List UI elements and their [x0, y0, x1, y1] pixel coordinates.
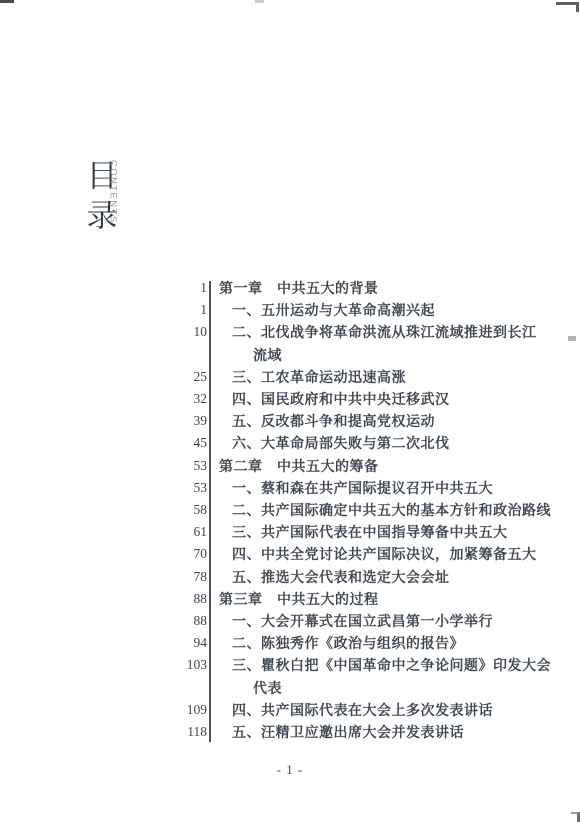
toc-entry-title: 二、北伐战争将革命洪流从珠江流域推进到长江流域 — [219, 321, 537, 365]
toc-entry-title: 三、工农革命运动迅速高涨 — [219, 366, 406, 388]
toc-entry-title: 二、陈独秀作《政治与组织的报告》 — [219, 632, 464, 654]
toc-entry: 103三、瞿秋白把《中国革命中之争论问题》印发大会代表 — [170, 654, 558, 698]
toc-page-number: 39 — [170, 410, 207, 432]
toc-entry: 58二、共产国际确定中共五大的基本方针和政治路线 — [170, 499, 558, 521]
crop-mark-bottom-right — [571, 812, 580, 822]
toc-entry-title: 第二章 中共五大的筹备 — [219, 455, 379, 477]
toc-page-number: 1 — [170, 277, 207, 299]
toc-page-number: 10 — [170, 321, 207, 343]
toc-entry-title: 四、中共全党讨论共产国际决议，加紧筹备五大 — [219, 543, 537, 565]
toc-entry-title: 五、汪精卫应邀出席大会并发表讲话 — [219, 721, 464, 743]
toc-entry: 78五、推选大会代表和选定大会会址 — [170, 566, 558, 588]
toc-entry-title-line: 四、国民政府和中共中央迁移武汉 — [232, 388, 450, 410]
toc-page-number: 58 — [170, 499, 207, 521]
toc-entry: 94二、陈独秀作《政治与组织的报告》 — [170, 632, 558, 654]
toc-entry-title-line: 三、瞿秋白把《中国革命中之争论问题》印发大会 — [232, 654, 551, 676]
toc-entry-title-line: 二、陈独秀作《政治与组织的报告》 — [232, 632, 464, 654]
toc-entry: 118五、汪精卫应邀出席大会并发表讲话 — [170, 721, 558, 743]
toc-entry-title-line: 第一章 中共五大的背景 — [219, 277, 379, 299]
footer-page-number: - 1 - — [0, 762, 580, 778]
toc-page-number: 53 — [170, 477, 207, 499]
toc-entry-title: 三、瞿秋白把《中国革命中之争论问题》印发大会代表 — [219, 654, 551, 698]
toc-page-number: 118 — [170, 721, 207, 743]
toc-entry-title-line: 二、共产国际确定中共五大的基本方针和政治路线 — [232, 499, 551, 521]
toc-page-number: 45 — [170, 432, 207, 454]
toc-entry-title: 四、国民政府和中共中央迁移武汉 — [219, 388, 450, 410]
toc-entry-title-line: 五、推选大会代表和选定大会会址 — [232, 566, 450, 588]
toc-entry-title-wrap-line: 代表 — [232, 677, 551, 699]
toc-entry-title-line: 六、大革命局部失败与第二次北伐 — [232, 432, 450, 454]
scanned-book-page: 目录 CONTENTS 1第一章 中共五大的背景1一、五卅运动与大革命高潮兴起1… — [0, 0, 580, 822]
toc-entry: 25三、工农革命运动迅速高涨 — [170, 366, 558, 388]
toc-entry: 45六、大革命局部失败与第二次北伐 — [170, 432, 558, 454]
toc-entry: 109四、共产国际代表在大会上多次发表讲话 — [170, 699, 558, 721]
toc-page-number: 103 — [170, 654, 207, 676]
toc-list: 1第一章 中共五大的背景1一、五卅运动与大革命高潮兴起10二、北伐战争将革命洪流… — [170, 277, 558, 743]
toc-entry-title-line: 五、汪精卫应邀出席大会并发表讲话 — [232, 721, 464, 743]
toc-entry-title: 五、反改都斗争和提高党权运动 — [219, 410, 435, 432]
toc-entry-title-line: 一、五卅运动与大革命高潮兴起 — [232, 299, 435, 321]
toc-entry-title: 第一章 中共五大的背景 — [219, 277, 379, 299]
toc-entry: 88一、大会开幕式在国立武昌第一小学举行 — [170, 610, 558, 632]
toc-page-number: 1 — [170, 299, 207, 321]
scan-mark-top-center — [255, 0, 264, 3]
toc-entry: 53一、蔡和森在共产国际提议召开中共五大 — [170, 477, 558, 499]
toc-page-number: 94 — [170, 632, 207, 654]
toc-entry: 10二、北伐战争将革命洪流从珠江流域推进到长江流域 — [170, 321, 558, 365]
scan-mark-top-left — [0, 0, 14, 3]
toc-entry-title: 四、共产国际代表在大会上多次发表讲话 — [219, 699, 493, 721]
toc-entry-title-line: 三、共产国际代表在中国指导筹备中共五大 — [232, 521, 508, 543]
toc-page-number: 53 — [170, 455, 207, 477]
toc-entry-title-line: 四、中共全党讨论共产国际决议，加紧筹备五大 — [232, 543, 537, 565]
toc-entry-title-line: 第三章 中共五大的过程 — [219, 588, 379, 610]
toc-page-number: 88 — [170, 610, 207, 632]
toc-page-number: 61 — [170, 521, 207, 543]
toc-page-number: 78 — [170, 566, 207, 588]
toc-entry-title-line: 二、北伐战争将革命洪流从珠江流域推进到长江 — [232, 321, 537, 343]
toc-entry: 39五、反改都斗争和提高党权运动 — [170, 410, 558, 432]
toc-page-number: 25 — [170, 366, 207, 388]
toc-entry-title: 五、推选大会代表和选定大会会址 — [219, 566, 450, 588]
toc-entry-title-line: 四、共产国际代表在大会上多次发表讲话 — [232, 699, 493, 721]
toc-entry-title-line: 五、反改都斗争和提高党权运动 — [232, 410, 435, 432]
toc-entry: 53第二章 中共五大的筹备 — [170, 455, 558, 477]
toc-entry-title-line: 一、蔡和森在共产国际提议召开中共五大 — [232, 477, 493, 499]
contents-title-english: CONTENTS — [108, 160, 118, 223]
toc-entry-title: 第三章 中共五大的过程 — [219, 588, 379, 610]
crop-mark-top-right — [556, 2, 579, 12]
toc-entry-title: 一、五卅运动与大革命高潮兴起 — [219, 299, 435, 321]
toc-entry-title: 一、蔡和森在共产国际提议召开中共五大 — [219, 477, 493, 499]
toc-page-number: 32 — [170, 388, 207, 410]
toc-entry: 1第一章 中共五大的背景 — [170, 277, 558, 299]
toc-entry-title: 一、大会开幕式在国立武昌第一小学举行 — [219, 610, 493, 632]
toc-entry: 61三、共产国际代表在中国指导筹备中共五大 — [170, 521, 558, 543]
toc-entry-title: 二、共产国际确定中共五大的基本方针和政治路线 — [219, 499, 551, 521]
scan-mark-right-edge — [568, 336, 576, 341]
toc-entry-title: 三、共产国际代表在中国指导筹备中共五大 — [219, 521, 508, 543]
toc-entry-title: 六、大革命局部失败与第二次北伐 — [219, 432, 450, 454]
toc-entry-title-line: 第二章 中共五大的筹备 — [219, 455, 379, 477]
toc-page-number: 70 — [170, 543, 207, 565]
toc-entry-title-wrap-line: 流域 — [232, 344, 537, 366]
toc-entry: 88第三章 中共五大的过程 — [170, 588, 558, 610]
toc-entry: 1一、五卅运动与大革命高潮兴起 — [170, 299, 558, 321]
toc-entry: 70四、中共全党讨论共产国际决议，加紧筹备五大 — [170, 543, 558, 565]
toc-entry-title-line: 一、大会开幕式在国立武昌第一小学举行 — [232, 610, 493, 632]
toc-entry-title-line: 三、工农革命运动迅速高涨 — [232, 366, 406, 388]
toc-page-number: 88 — [170, 588, 207, 610]
toc-page-number: 109 — [170, 699, 207, 721]
toc-entry: 32四、国民政府和中共中央迁移武汉 — [170, 388, 558, 410]
